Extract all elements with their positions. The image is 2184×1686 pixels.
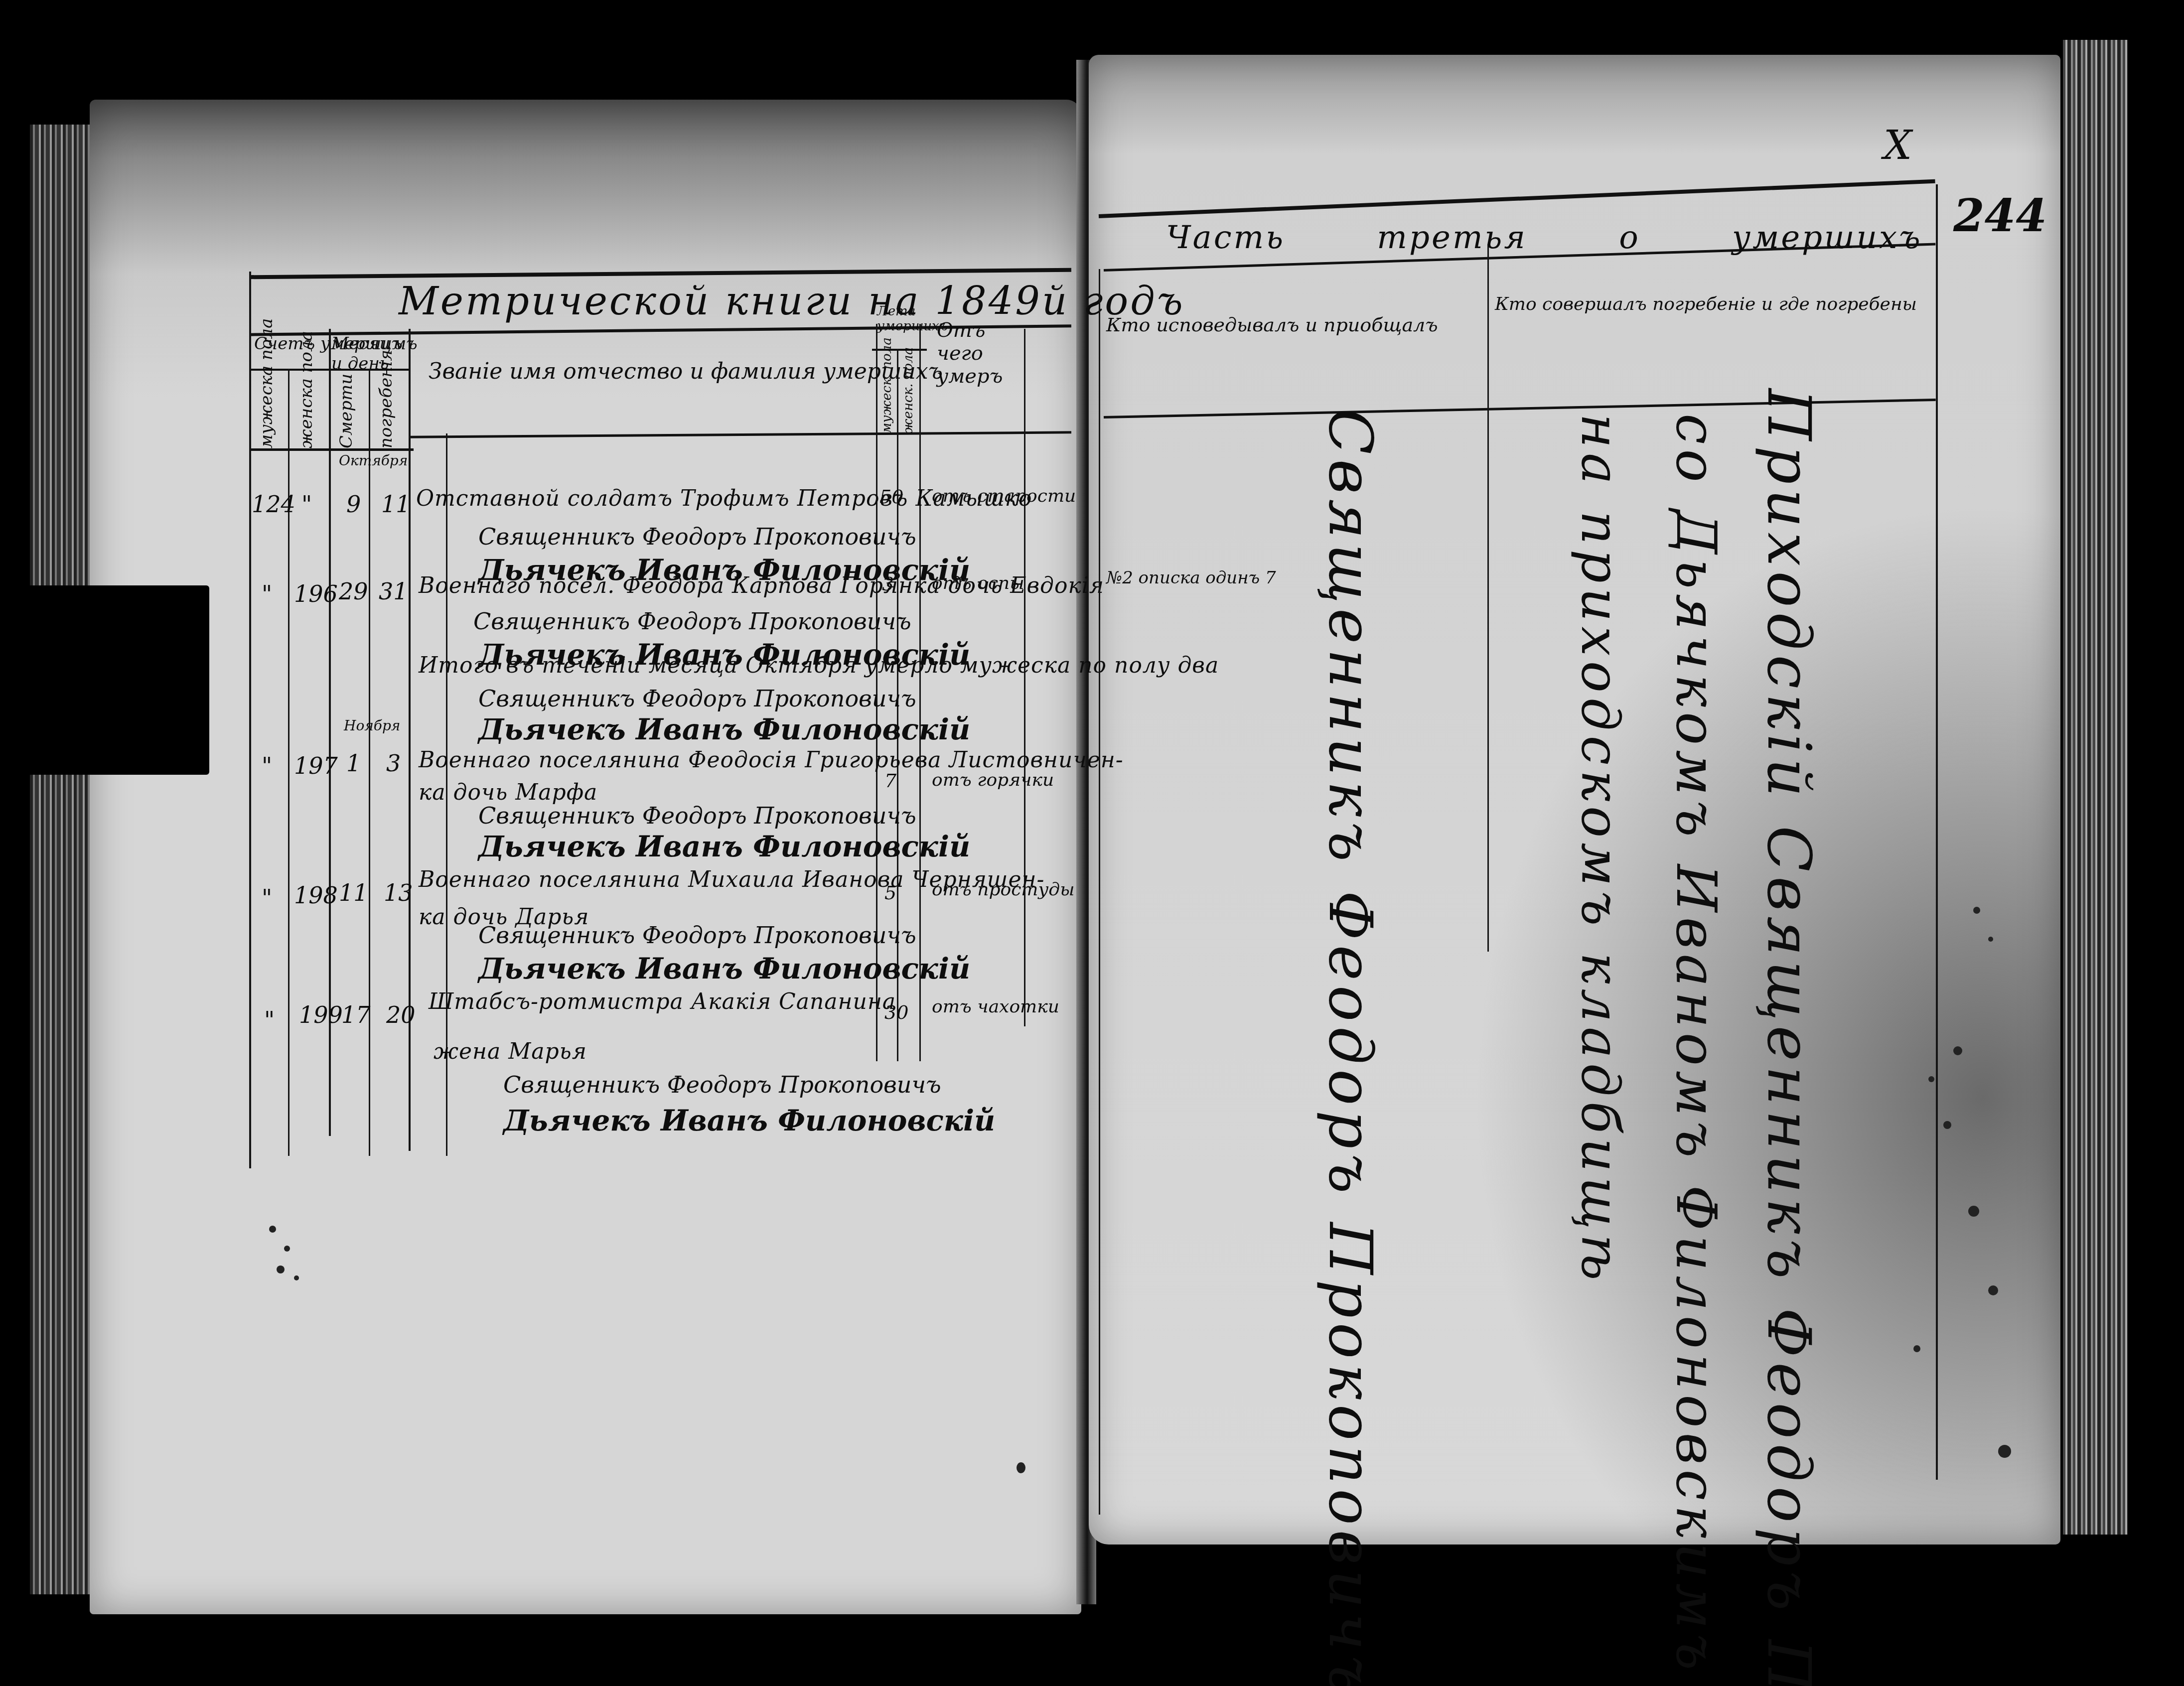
deceased-description-cont: жена Марья bbox=[434, 1039, 587, 1064]
deacon-signature: Дьячекъ Иванъ Филоновскій bbox=[478, 712, 970, 746]
cause-of-death: отъ простуды bbox=[932, 879, 1074, 900]
header-male: мужеска пола bbox=[257, 379, 277, 448]
cause-of-death: отъ чахотки bbox=[932, 996, 1059, 1017]
header-name: Званіе имя отчество и фамилия умершихъ bbox=[429, 359, 943, 384]
death-day: 17 bbox=[341, 1001, 371, 1028]
confessor-vertical-text: Священникъ Феодоръ Прокоповичъ bbox=[1315, 409, 1385, 1485]
age: 7 bbox=[884, 770, 896, 792]
header-age-female: женск. пола bbox=[901, 359, 916, 433]
priest-signature: Священникъ Феодоръ Прокоповичъ bbox=[473, 608, 911, 635]
burial-day: 13 bbox=[384, 879, 413, 906]
ink-stain bbox=[1998, 1445, 2011, 1458]
month-october: Октября bbox=[339, 452, 408, 469]
ink-stain bbox=[1953, 1046, 1962, 1055]
cause-of-death: отъ оспы bbox=[932, 573, 1024, 593]
header-death: Смерти bbox=[336, 379, 356, 448]
deacon-signature: Дьячекъ Иванъ Филоновскій bbox=[503, 1104, 995, 1137]
left-page-stack bbox=[30, 125, 100, 1594]
margin-mark: Х bbox=[1884, 122, 1912, 168]
priest-signature: Священникъ Феодоръ Прокоповичъ bbox=[478, 922, 916, 949]
header-cause: Отъ чего умеръ bbox=[937, 319, 1021, 388]
male-number: 124 bbox=[252, 491, 295, 518]
header-burial: погребенія bbox=[376, 379, 396, 448]
male-number: " bbox=[264, 1006, 275, 1033]
ink-stain bbox=[1968, 1206, 1979, 1217]
right-page-title: Часть третья о умершихъ bbox=[1166, 219, 1922, 256]
age: 5 bbox=[884, 882, 896, 904]
ink-stain bbox=[1913, 1345, 1920, 1352]
death-day: 9 bbox=[346, 491, 361, 518]
burial-day: 3 bbox=[386, 750, 401, 777]
ink-stain bbox=[1988, 1285, 1998, 1295]
ink-stain bbox=[1928, 1076, 1934, 1082]
ink-stain bbox=[269, 1226, 276, 1233]
burier-vertical-text-2: со Дьячкомъ Иваномъ Филоновскимъ bbox=[1664, 414, 1728, 1510]
female-number: " bbox=[301, 491, 312, 518]
female-number: 198 bbox=[294, 882, 338, 909]
ink-stain bbox=[284, 1246, 290, 1252]
burier-vertical-text-3: на приходскомъ кладбищѣ bbox=[1570, 414, 1630, 1310]
priest-signature: Священникъ Феодоръ Прокоповичъ bbox=[478, 685, 916, 712]
female-number: 197 bbox=[294, 752, 338, 779]
burial-day: 31 bbox=[379, 578, 408, 605]
male-number: " bbox=[262, 580, 272, 607]
deceased-description: Штабсъ-ротмистра Акакія Сапанина bbox=[429, 989, 896, 1014]
ink-stain bbox=[1988, 937, 1993, 942]
priest-signature: Священникъ Феодоръ Прокоповичъ bbox=[478, 523, 916, 550]
priest-signature: Священникъ Феодоръ Прокоповичъ bbox=[478, 802, 916, 829]
cause-of-death: отъ горячки bbox=[932, 770, 1054, 790]
male-number: " bbox=[262, 752, 272, 779]
header-age: Лета умершихъ bbox=[877, 304, 922, 334]
ink-stain bbox=[1017, 1462, 1025, 1473]
ink-stain bbox=[1943, 1121, 1951, 1129]
header-confessor: Кто исповедывалъ и приобщалъ bbox=[1106, 314, 1438, 336]
ink-stain bbox=[294, 1275, 299, 1280]
female-number: 199 bbox=[299, 1001, 343, 1028]
left-page-title: Метрической книги на 1849й годъ bbox=[399, 279, 1185, 324]
deceased-description: Военнаго поселянина Феодосія Григорьева … bbox=[419, 747, 1124, 773]
ink-stain bbox=[277, 1265, 285, 1273]
correction-note: №2 описка одинъ 7 bbox=[1106, 568, 1276, 588]
burial-day: 20 bbox=[386, 1001, 416, 1028]
book-clasp bbox=[10, 585, 209, 775]
burier-vertical-text-1: Приходскій Священникъ Феодоръ Прокопович… bbox=[1754, 389, 1823, 1535]
age: 50 bbox=[879, 486, 903, 508]
death-day: 11 bbox=[339, 879, 368, 906]
burial-day: 11 bbox=[381, 491, 411, 518]
age: 30 bbox=[884, 1001, 908, 1023]
deceased-description-cont: ка дочь Марфа bbox=[419, 780, 597, 805]
male-number: " bbox=[262, 884, 272, 911]
deacon-signature: Дьячекъ Иванъ Филоновскій bbox=[478, 830, 970, 863]
ink-stain bbox=[1973, 907, 1980, 914]
right-page-stack bbox=[2063, 40, 2128, 1535]
month-november: Ноября bbox=[344, 717, 400, 734]
header-female: женска пола bbox=[296, 379, 316, 448]
header-burier: Кто совершалъ погребеніе и где погребены bbox=[1495, 294, 1917, 314]
folio-number: 244 bbox=[1953, 189, 2047, 242]
death-day: 1 bbox=[346, 750, 361, 777]
age: 3 bbox=[882, 573, 894, 595]
death-day: 29 bbox=[339, 578, 368, 605]
female-number: 196 bbox=[294, 580, 338, 607]
header-age-male: мужеск. пола bbox=[879, 359, 894, 433]
priest-signature: Священникъ Феодоръ Прокоповичъ bbox=[503, 1071, 941, 1098]
deacon-signature: Дьячекъ Иванъ Филоновскій bbox=[478, 952, 970, 985]
cause-of-death: отъ старости bbox=[932, 486, 1076, 506]
